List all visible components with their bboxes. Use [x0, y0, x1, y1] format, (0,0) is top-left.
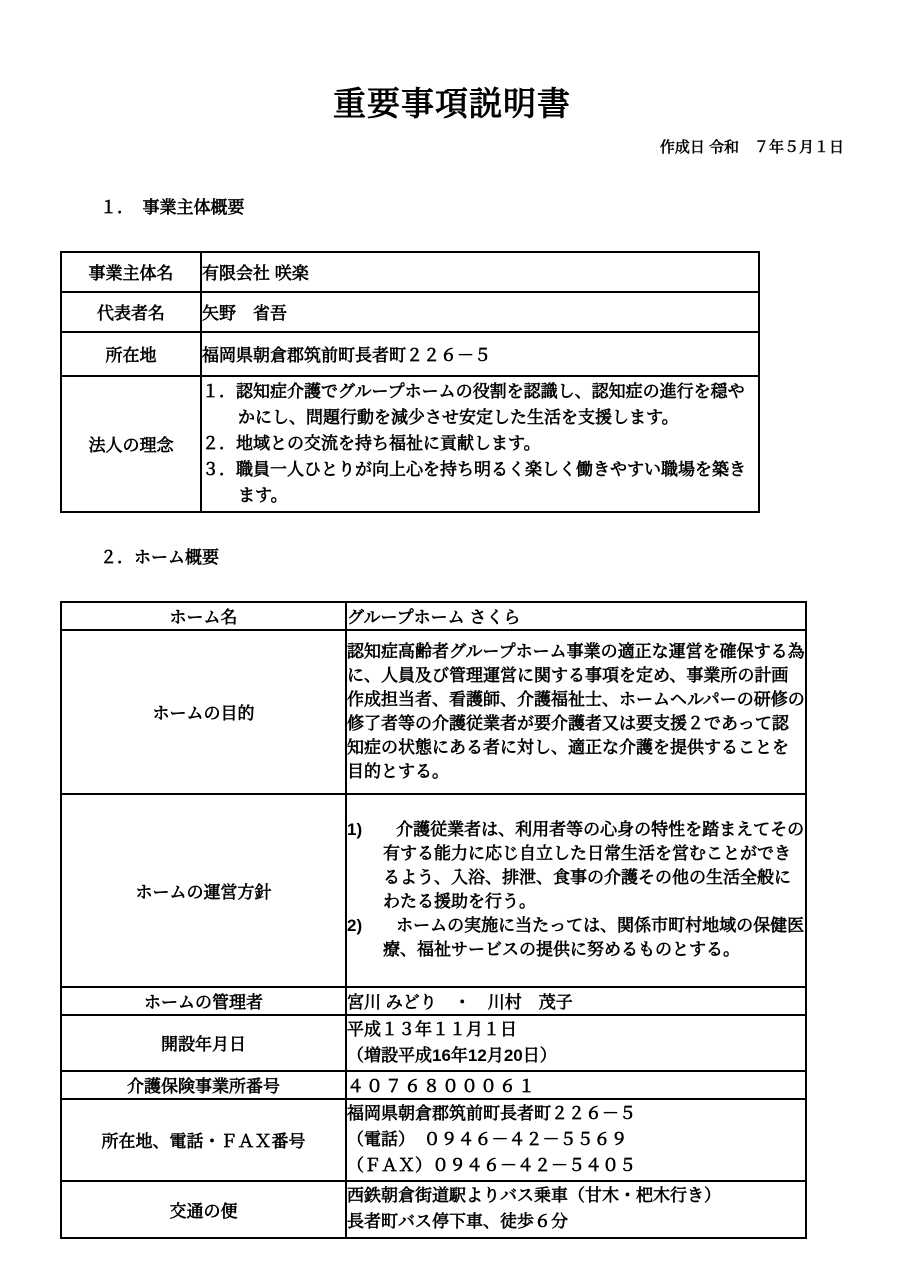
contact-info-lines: 福岡県朝倉郡筑前町長者町２２６－５ （電話） ０９４６－４２－５５６９ （ＦＡＸ… [347, 1101, 805, 1179]
home-purpose-text: 認知症高齢者グループホーム事業の適正な運営を確保する為に、人員及び管理運営に関す… [347, 640, 805, 784]
creation-date: 作成日 令和 ７年５月１日 [0, 136, 904, 157]
entity-name-label: 事業主体名 [61, 252, 201, 292]
contact-info-value: 福岡県朝倉郡筑前町長者町２２６－５ （電話） ０９４６－４２－５５６９ （ＦＡＸ… [346, 1099, 806, 1181]
established-date-line: （増設平成16年12月20日） [347, 1043, 805, 1069]
table-row-home-manager: ホームの管理者 宮川 みどり ・ 川村 茂子 [61, 987, 806, 1015]
contact-fax-line: （ＦＡＸ）０９４６－４２－５４０５ [347, 1153, 805, 1179]
philosophy-label: 法人の理念 [61, 376, 201, 512]
access-label: 交通の便 [61, 1181, 346, 1238]
contact-info-label: 所在地、電話・ＦＡＸ番号 [61, 1099, 346, 1181]
representative-value: 矢野 省吾 [201, 292, 759, 332]
table-row-representative: 代表者名 矢野 省吾 [61, 292, 759, 332]
philosophy-item: １．認知症介護でグループホームの役割を認識し、認知症の進行を穏やかにし、問題行動… [202, 379, 758, 431]
home-overview-table: ホーム名 グループホーム さくら ホームの目的 認知症高齢者グループホーム事業の… [60, 601, 807, 1239]
established-date-lines: 平成１３年１１月１日 （増設平成16年12月20日） [347, 1017, 805, 1069]
access-lines: 西鉄朝倉街道駅よりバス乗車（甘木・杷木行き） 長者町バス停下車、徒歩６分 [347, 1183, 805, 1235]
table-row-home-purpose: ホームの目的 認知症高齢者グループホーム事業の適正な運営を確保する為に、人員及び… [61, 630, 806, 794]
entity-name-value: 有限会社 咲楽 [201, 252, 759, 292]
document-page: 重要事項説明書 作成日 令和 ７年５月１日 １． 事業主体概要 事業主体名 有限… [0, 0, 904, 1279]
philosophy-value: １．認知症介護でグループホームの役割を認識し、認知症の進行を穏やかにし、問題行動… [201, 376, 759, 512]
home-policy-item: 2) ホームの実施に当たっては、関係市町村地域の保健医療、福祉サービスの提供に努… [347, 914, 805, 962]
table-row-entity-name: 事業主体名 有限会社 咲楽 [61, 252, 759, 292]
home-policy-label: ホームの運営方針 [61, 794, 346, 987]
home-purpose-value: 認知症高齢者グループホーム事業の適正な運営を確保する為に、人員及び管理運営に関す… [346, 630, 806, 794]
access-value: 西鉄朝倉街道駅よりバス乗車（甘木・杷木行き） 長者町バス停下車、徒歩６分 [346, 1181, 806, 1238]
access-line: 西鉄朝倉街道駅よりバス乗車（甘木・杷木行き） [347, 1183, 805, 1209]
philosophy-item: ３．職員一人ひとりが向上心を持ち明るく楽しく働きやすい職場を築きます。 [202, 457, 758, 509]
established-date-line: 平成１３年１１月１日 [347, 1017, 805, 1043]
home-manager-label: ホームの管理者 [61, 987, 346, 1015]
contact-phone-line: （電話） ０９４６－４２－５５６９ [347, 1127, 805, 1153]
table-row-established-date: 開設年月日 平成１３年１１月１日 （増設平成16年12月20日） [61, 1015, 806, 1071]
home-manager-value: 宮川 みどり ・ 川村 茂子 [346, 987, 806, 1015]
established-date-value: 平成１３年１１月１日 （増設平成16年12月20日） [346, 1015, 806, 1071]
access-line: 長者町バス停下車、徒歩６分 [347, 1209, 805, 1235]
table-row-entity-address: 所在地 福岡県朝倉郡筑前町長者町２２６－５ [61, 332, 759, 376]
page-title: 重要事項説明書 [0, 0, 904, 124]
established-date-label: 開設年月日 [61, 1015, 346, 1071]
home-policy-item: 1) 介護従業者は、利用者等の心身の特性を踏まえてその有する能力に応じ自立した日… [347, 818, 805, 914]
table-row-contact-info: 所在地、電話・ＦＡＸ番号 福岡県朝倉郡筑前町長者町２２６－５ （電話） ０９４６… [61, 1099, 806, 1181]
home-name-value: グループホーム さくら [346, 602, 806, 630]
office-number-value: ４０７６８０００６１ [346, 1071, 806, 1099]
office-number-label: 介護保険事業所番号 [61, 1071, 346, 1099]
contact-address-line: 福岡県朝倉郡筑前町長者町２２６－５ [347, 1101, 805, 1127]
table-row-office-number: 介護保険事業所番号 ４０７６８０００６１ [61, 1071, 806, 1099]
table-row-philosophy: 法人の理念 １．認知症介護でグループホームの役割を認識し、認知症の進行を穏やかに… [61, 376, 759, 512]
entity-address-value: 福岡県朝倉郡筑前町長者町２２６－５ [201, 332, 759, 376]
home-purpose-label: ホームの目的 [61, 630, 346, 794]
table-row-access: 交通の便 西鉄朝倉街道駅よりバス乗車（甘木・杷木行き） 長者町バス停下車、徒歩６… [61, 1181, 806, 1238]
philosophy-item: ２．地域との交流を持ち福祉に貢献します。 [202, 431, 758, 457]
home-name-label: ホーム名 [61, 602, 346, 630]
home-policy-value: 1) 介護従業者は、利用者等の心身の特性を踏まえてその有する能力に応じ自立した日… [346, 794, 806, 987]
table-row-home-name: ホーム名 グループホーム さくら [61, 602, 806, 630]
section1-heading: １． 事業主体概要 [100, 193, 904, 218]
section2-heading: ２．ホーム概要 [100, 543, 904, 568]
representative-label: 代表者名 [61, 292, 201, 332]
table-row-home-policy: ホームの運営方針 1) 介護従業者は、利用者等の心身の特性を踏まえてその有する能… [61, 794, 806, 987]
entity-address-label: 所在地 [61, 332, 201, 376]
business-entity-table: 事業主体名 有限会社 咲楽 代表者名 矢野 省吾 所在地 福岡県朝倉郡筑前町長者… [60, 251, 760, 513]
